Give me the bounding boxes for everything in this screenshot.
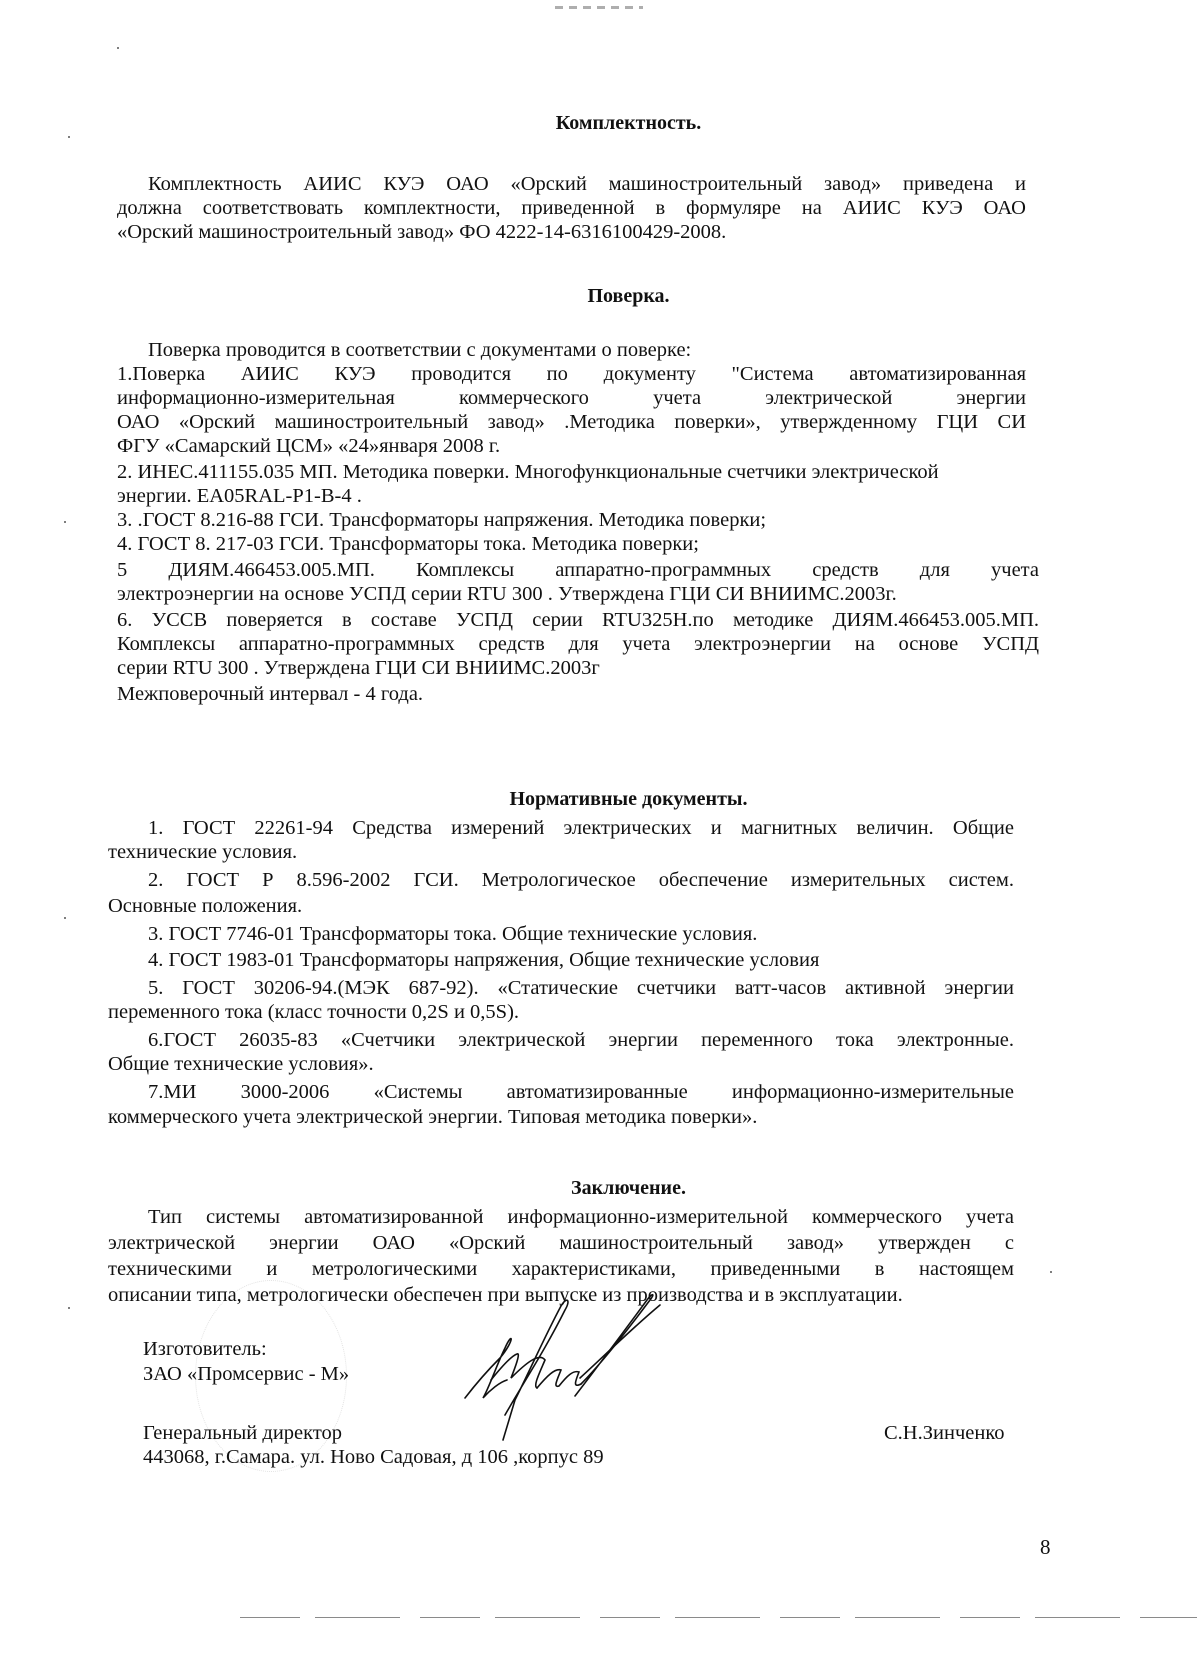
verification-line: ОАО «Орский машиностроительный завод» .М…	[117, 410, 1026, 434]
verification-line: ФГУ «Самарский ЦСМ» «24»января 2008 г.	[117, 434, 500, 458]
page-number: 8	[1040, 1535, 1051, 1560]
normative-line: 1. ГОСТ 22261-94 Средства измерений элек…	[148, 816, 1014, 840]
section-title-conclusion: Заключение.	[0, 1177, 1197, 1200]
normative-line: Общие технические условия».	[108, 1052, 374, 1076]
conclusion-line: электрической энергии ОАО «Орский машино…	[108, 1231, 1014, 1255]
normative-line: 6.ГОСТ 26035-83 «Счетчики электрической …	[148, 1028, 1014, 1052]
section-title-normative: Нормативные документы.	[0, 788, 1197, 811]
verification-line: 2. ИНЕС.411155.035 МП. Методика поверки.…	[117, 460, 939, 484]
verification-line: 3. .ГОСТ 8.216-88 ГСИ. Трансформаторы на…	[117, 508, 766, 532]
section-title-completeness: Комплектность.	[0, 112, 1197, 135]
normative-line: 4. ГОСТ 1983-01 Трансформаторы напряжени…	[148, 948, 819, 972]
normative-line: переменного тока (класс точности 0,2S и …	[108, 1000, 519, 1024]
normative-line: технические условия.	[108, 840, 297, 864]
signatory-name: С.Н.Зинченко	[884, 1421, 1005, 1445]
scan-speck	[68, 136, 70, 138]
scan-speck	[68, 1307, 70, 1309]
scan-speck	[117, 47, 119, 49]
scan-artifact	[555, 6, 643, 9]
verification-line: Поверка проводится в соответствии с доку…	[148, 338, 691, 362]
conclusion-line: Тип системы автоматизированной информаци…	[148, 1205, 1014, 1229]
conclusion-line: техническими и метрологическими характер…	[108, 1257, 1014, 1281]
manufacturer-label: Изготовитель:	[143, 1337, 267, 1361]
normative-line: 3. ГОСТ 7746-01 Трансформаторы тока. Общ…	[148, 922, 757, 946]
verification-line: 5 ДИЯМ.466453.005.МП. Комплексы аппаратн…	[117, 558, 1039, 582]
completeness-line: Комплектность АИИС КУЭ ОАО «Орский машин…	[148, 172, 1026, 196]
verification-line: Комплексы аппаратно-программных средств …	[117, 632, 1039, 656]
verification-line: электроэнергии на основе УСПД серии RTU …	[117, 582, 897, 606]
completeness-line: «Орский машиностроительный завод» ФО 422…	[117, 220, 726, 244]
normative-line: 2. ГОСТ Р 8.596-2002 ГСИ. Метрологическо…	[148, 868, 1014, 892]
scan-speck	[64, 917, 66, 919]
normative-line: коммерческого учета электрической энерги…	[108, 1105, 757, 1129]
verification-line: серии RTU 300 . Утверждена ГЦИ СИ ВНИИМС…	[117, 656, 600, 680]
normative-line: Основные положения.	[108, 894, 302, 918]
section-title-verification: Поверка.	[0, 285, 1197, 308]
verification-line: 6. УССВ поверяется в составе УСПД серии …	[117, 608, 1039, 632]
verification-line: 1.Поверка АИИС КУЭ проводится по докумен…	[117, 362, 1026, 386]
scan-speck	[1050, 1271, 1052, 1273]
handwritten-signature-icon	[455, 1290, 695, 1460]
verification-line: 4. ГОСТ 8. 217-03 ГСИ. Трансформаторы то…	[117, 532, 699, 556]
verification-line: информационно-измерительная коммерческог…	[117, 386, 1026, 410]
normative-line: 7.МИ 3000-2006 «Системы автоматизированн…	[148, 1080, 1014, 1104]
completeness-line: должна соответствовать комплектности, пр…	[117, 196, 1026, 220]
scan-bottom-rule	[240, 1617, 1197, 1618]
verification-line: энергии. EA05RAL-P1-B-4 .	[117, 484, 362, 508]
scan-speck	[64, 521, 66, 523]
company-name: ЗАО «Промсервис - М»	[143, 1362, 349, 1386]
position-title: Генеральный директор	[143, 1421, 342, 1445]
verification-interval: Межповерочный интервал - 4 года.	[117, 682, 423, 706]
normative-line: 5. ГОСТ 30206-94.(МЭК 687-92). «Статичес…	[148, 976, 1014, 1000]
